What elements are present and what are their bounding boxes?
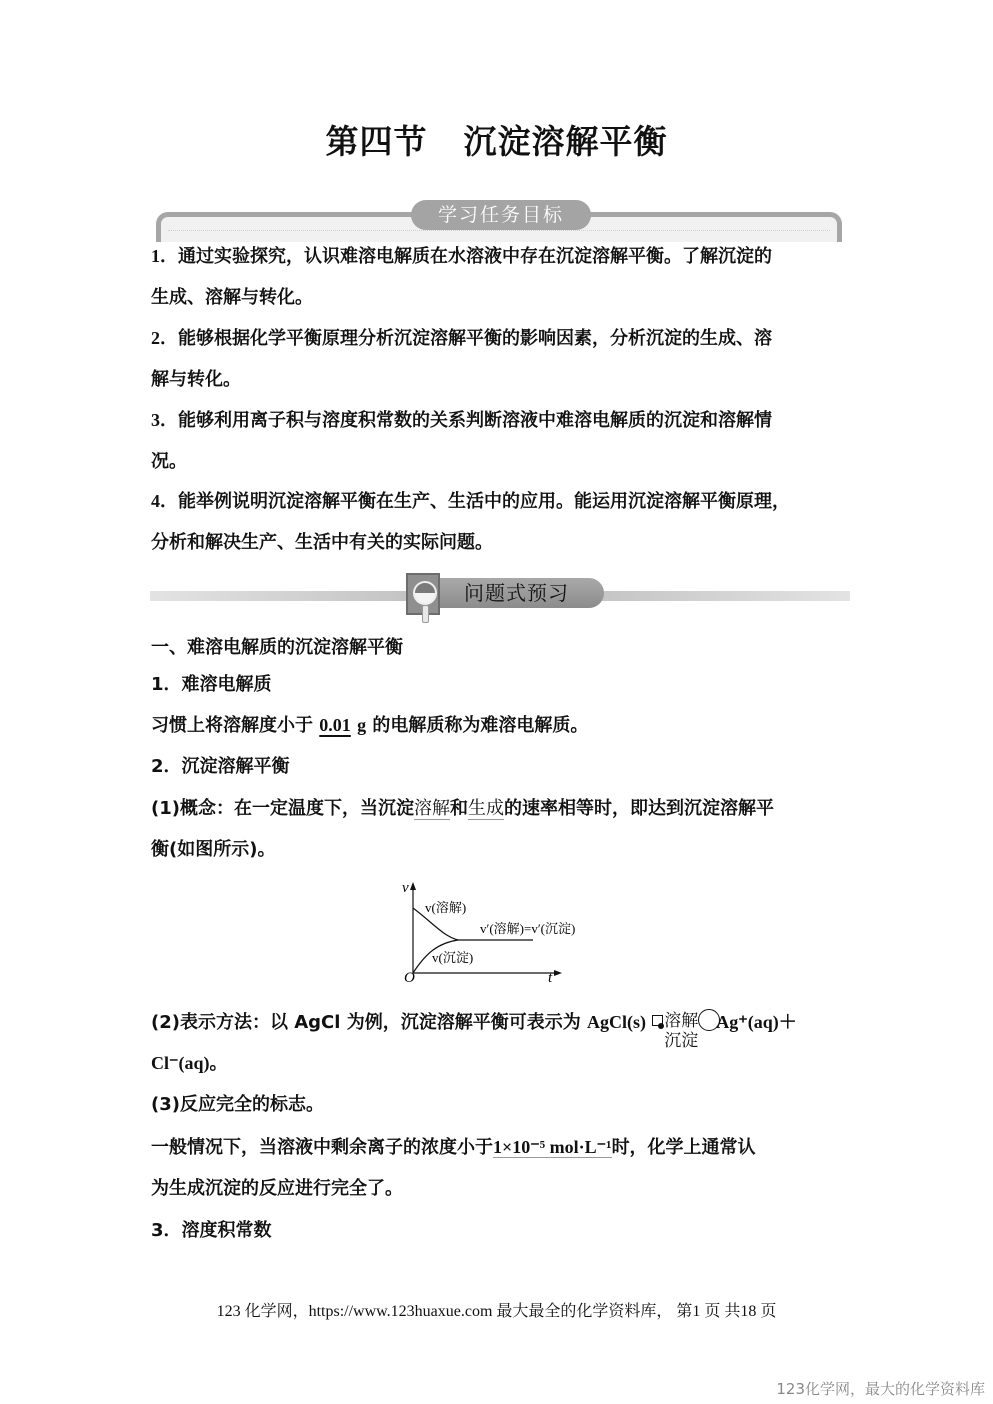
rate-time-graph: v t O v(溶解) v(沉淀) v′(溶解)=v′(沉淀): [398, 878, 608, 983]
preview-banner-label: 问题式预习: [440, 578, 604, 608]
svg-text:v(溶解): v(溶解): [425, 900, 466, 915]
answer-blank-solubility: 0.01: [319, 715, 351, 735]
section-name: 沉淀溶解平衡: [464, 122, 668, 161]
banner-dotted-line: [168, 230, 830, 231]
magnifier-icon: [406, 573, 440, 615]
page-footer: 123 化学网，https://www.123huaxue.com 最大最全的化…: [0, 1298, 993, 1321]
subsection-heading-1: 1．难溶电解质: [151, 664, 851, 705]
notation-paragraph: (2)表示方法：以 AgCl 为例，沉淀溶解平衡可表示为 AgCl(s) 溶解 …: [151, 1002, 851, 1084]
page-title: 第四节沉淀溶解平衡: [0, 116, 993, 163]
subsection-heading-2: 2．沉淀溶解平衡: [151, 746, 851, 787]
answer-blank-form: 生成: [468, 798, 504, 820]
answer-blank-dissolve: 溶解: [414, 798, 450, 820]
section-number: 第四节: [326, 122, 428, 161]
definition-paragraph: 习惯上将溶解度小于 0.01 g 的电解质称为难溶电解质。: [151, 705, 851, 746]
svg-text:t: t: [548, 970, 553, 983]
svg-text:v: v: [402, 880, 409, 896]
completion-heading: (3)反应完全的标志。: [151, 1084, 851, 1125]
svg-text:v′(溶解)=v′(沉淀): v′(溶解)=v′(沉淀): [480, 921, 575, 936]
svg-text:O: O: [404, 970, 415, 983]
watermark: 123化学网，最大的化学资料库: [776, 1378, 985, 1399]
preview-banner: 问题式预习: [150, 589, 850, 603]
objective-item-1: 1．通过实验探究，认识难溶电解质在水溶液中存在沉淀溶解平衡。了解沉淀的 生成、溶…: [151, 236, 851, 318]
concept-paragraph: (1)概念：在一定温度下，当沉淀溶解和生成的速率相等时，即达到沉淀溶解平 衡(如…: [151, 788, 851, 870]
objectives-banner: 学习任务目标: [156, 212, 842, 238]
objective-item-2: 2．能够根据化学平衡原理分析沉淀溶解平衡的影响因素，分析沉淀的生成、溶 解与转化…: [151, 318, 851, 400]
objectives-banner-label: 学习任务目标: [411, 200, 591, 230]
reversible-arrow-icon: 溶解 沉淀: [652, 1013, 716, 1033]
subsection-heading-3: 3．溶度积常数: [151, 1210, 851, 1251]
objective-item-3: 3．能够利用离子积与溶度积常数的关系判断溶液中难溶电解质的沉淀和溶解情 况。: [151, 400, 851, 482]
answer-blank-concentration: 1×10⁻⁵ mol·L⁻¹: [493, 1137, 612, 1158]
svg-text:v(沉淀): v(沉淀): [432, 950, 473, 965]
completion-paragraph: 一般情况下，当溶液中剩余离子的浓度小于1×10⁻⁵ mol·L⁻¹时，化学上通常…: [151, 1127, 851, 1209]
section-heading: 一、难溶电解质的沉淀溶解平衡: [151, 627, 851, 668]
objective-item-4: 4．能举例说明沉淀溶解平衡在生产、生活中的应用。能运用沉淀溶解平衡原理， 分析和…: [151, 481, 851, 563]
graph-svg: v t O v(溶解) v(沉淀) v′(溶解)=v′(沉淀): [398, 878, 608, 983]
